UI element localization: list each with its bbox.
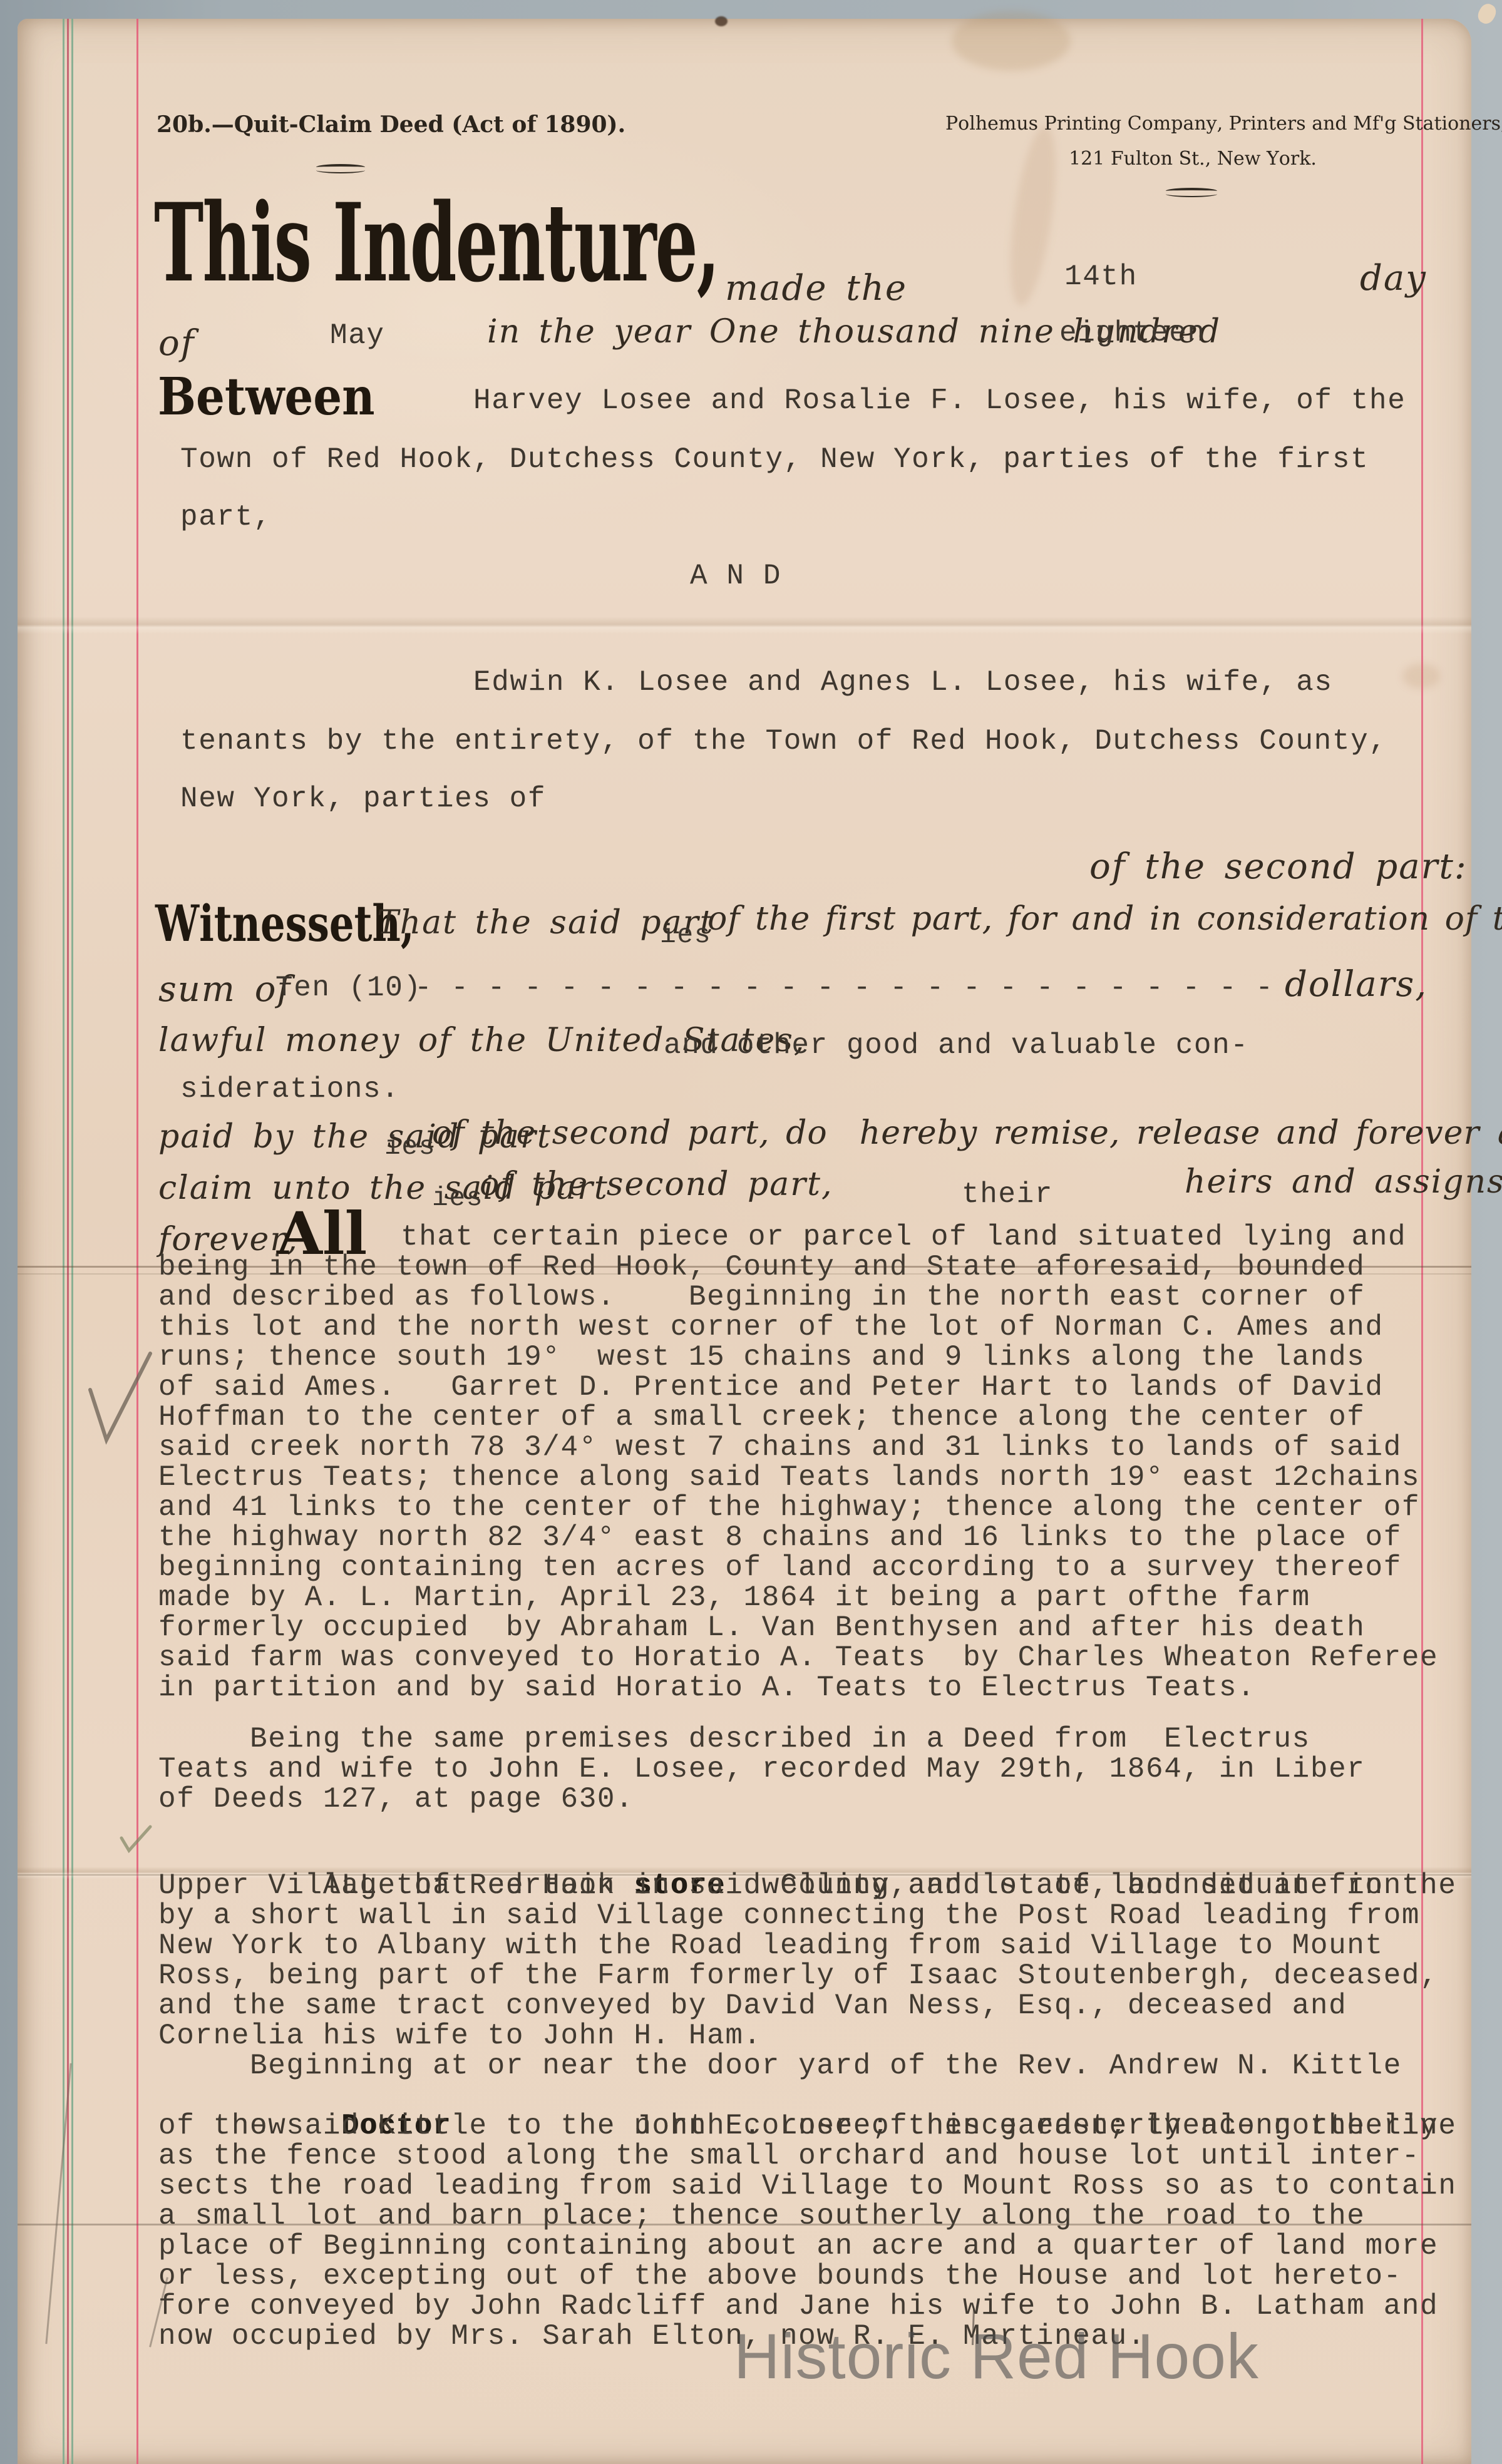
second-party-line3: New York, parties of xyxy=(180,784,546,814)
made-the-script: made the xyxy=(725,268,907,309)
legal-text-line: as the fence stood along the small orcha… xyxy=(158,2141,1457,2171)
printer-flourish xyxy=(1166,188,1217,197)
witnesseth-script2: of the first part, for and in considerat… xyxy=(707,900,1502,938)
legal-text-line: a small lot and barn place; thence south… xyxy=(158,2201,1457,2231)
sum-of-script: sum of xyxy=(158,969,291,1010)
fold-crease-1 xyxy=(18,617,1471,634)
legal-text-line: this lot and the north west corner of th… xyxy=(158,1312,1438,1342)
paid-script2: of the second part, do hereby remise, re… xyxy=(432,1114,1502,1152)
legal-text-line: runs; thence south 19° west 15 chains an… xyxy=(158,1342,1438,1372)
legal-text-line: Teats and wife to John E. Losee, recorde… xyxy=(158,1754,1366,1784)
legal-text-line: Cornelia his wife to John H. Ham. xyxy=(158,2021,1438,2051)
year-word-typed: eighteen xyxy=(1059,318,1206,348)
month-typed: May xyxy=(330,321,385,351)
first-party-line3: part, xyxy=(180,502,272,532)
claim-script2: of the second part, xyxy=(480,1166,833,1203)
form-number-flourish xyxy=(316,164,365,173)
legal-text-line: said farm was conveyed to Horatio A. Tea… xyxy=(158,1643,1438,1673)
stain-mid xyxy=(1402,664,1440,689)
form-number: 20b.—Quit-Claim Deed (Act of 1890). xyxy=(157,111,625,138)
sum-amount-typed: Ten (10) xyxy=(275,973,422,1003)
their-typed: their xyxy=(962,1179,1053,1209)
dollars-script: dollars, xyxy=(1285,964,1427,1005)
pencil-checkmark-large xyxy=(88,1352,157,1452)
legal-text-line: and the same tract conveyed by David Van… xyxy=(158,1991,1438,2021)
sum-dashes-typed: - - - - - - - - - - - - - - - - - - - - … xyxy=(414,973,1274,1003)
day-number-typed: 14th xyxy=(1064,262,1138,292)
legal-text-line: and described as follows. Beginning in t… xyxy=(158,1282,1438,1312)
legal-text-line: of Deeds 127, at page 630. xyxy=(158,1784,1366,1814)
and-separator: A N D xyxy=(690,561,781,591)
witnesseth-label: Witnesseth, xyxy=(155,894,414,953)
between-label: Between xyxy=(158,367,375,427)
legal-text-line: by a short wall in said Village connecti… xyxy=(158,1901,1438,1931)
second-part-phrase: of the second part: xyxy=(1089,846,1402,887)
day-word-script: day xyxy=(1360,258,1427,299)
legal-text-line: Being the same premises described in a D… xyxy=(158,1724,1366,1754)
legal-text-line: sects the road leading from said Village… xyxy=(158,2171,1457,2201)
archive-watermark: Historic Red Hook xyxy=(734,2320,1259,2393)
legal-text-line: the highway north 82 3/4° east 8 chains … xyxy=(158,1522,1438,1553)
second-party-line1: Edwin K. Losee and Agnes L. Losee, his w… xyxy=(473,667,1333,697)
considerations-typed1: and other good and valuable con- xyxy=(664,1030,1249,1060)
indenture-heading: This Indenture, xyxy=(154,179,719,306)
pencil-checkmark-small xyxy=(120,1825,153,1853)
legal-text-line: Hoffman to the center of a small creek; … xyxy=(158,1402,1438,1432)
legal-description-parcel1: being in the town of Red Hook, County an… xyxy=(158,1252,1438,1703)
ink-speck xyxy=(715,16,728,26)
legal-text-line: formerly occupied by Abraham L. Van Bent… xyxy=(158,1613,1438,1643)
legal-text-line: Ross, being part of the Farm formerly of… xyxy=(158,1961,1438,1991)
stain-top xyxy=(952,11,1071,71)
paid-ies: ies xyxy=(384,1132,436,1162)
claim-ies: ies xyxy=(432,1183,483,1213)
considerations-typed2: siderations. xyxy=(180,1074,399,1104)
legal-description-parcel2: Upper Village of Red Hook in said County… xyxy=(158,1871,1438,2081)
legal-text-line: Electrus Teats; thence along said Teats … xyxy=(158,1462,1438,1492)
first-party-line2: Town of Red Hook, Dutchess County, New Y… xyxy=(180,444,1369,475)
printer-name: Polhemus Printing Company, Printers and … xyxy=(945,113,1440,135)
of-script: of xyxy=(158,323,195,364)
forever-typed: that certain piece or parcel of land sit… xyxy=(401,1222,1406,1252)
legal-text-line: of the said Kittle to the north corner o… xyxy=(158,2111,1457,2141)
margin-line-pink-left xyxy=(136,19,138,2464)
legal-text-line: in partition and by said Horatio A. Teat… xyxy=(158,1673,1438,1703)
legal-text-line: New York to Albany with the Road leading… xyxy=(158,1931,1438,1961)
paper-fragment xyxy=(1475,1,1499,26)
legal-text-line: beginning containing ten acres of land a… xyxy=(158,1553,1438,1583)
witnesseth-ies: ies xyxy=(660,920,711,950)
legal-text-line: said creek north 78 3/4° west 7 chains a… xyxy=(158,1432,1438,1462)
margin-line-green-left xyxy=(63,19,64,2464)
scanned-deed-page: 20b.—Quit-Claim Deed (Act of 1890). Polh… xyxy=(0,0,1502,2464)
legal-description-parcel2-cont: of the said Kittle to the north corner o… xyxy=(158,2111,1457,2351)
legal-text-line: fore conveyed by John Radcliff and Jane … xyxy=(158,2291,1457,2321)
legal-text-line: place of Beginning containing about an a… xyxy=(158,2231,1457,2261)
legal-text-line: being in the town of Red Hook, County an… xyxy=(158,1252,1438,1282)
legal-text-line: or less, excepting out of the above boun… xyxy=(158,2261,1457,2291)
legal-text-line: and 41 links to the center of the highwa… xyxy=(158,1492,1438,1522)
first-party-line1: Harvey Losee and Rosalie F. Losee, his w… xyxy=(473,386,1406,416)
second-party-line2: tenants by the entirety, of the Town of … xyxy=(180,726,1387,756)
legal-text-line: Beginning at or near the door yard of th… xyxy=(158,2051,1438,2081)
printer-address: 121 Fulton St., New York. xyxy=(945,148,1440,170)
legal-description-recording: Being the same premises described in a D… xyxy=(158,1724,1366,1814)
heirs-script: heirs and assigns xyxy=(1185,1163,1502,1201)
legal-text-line: of said Ames. Garret D. Prentice and Pet… xyxy=(158,1372,1438,1402)
legal-text-line: made by A. L. Martin, April 23, 1864 it … xyxy=(158,1583,1438,1613)
margin-line-green-right xyxy=(71,19,73,2464)
legal-text-line: Upper Village of Red Hook in said County… xyxy=(158,1871,1438,1901)
